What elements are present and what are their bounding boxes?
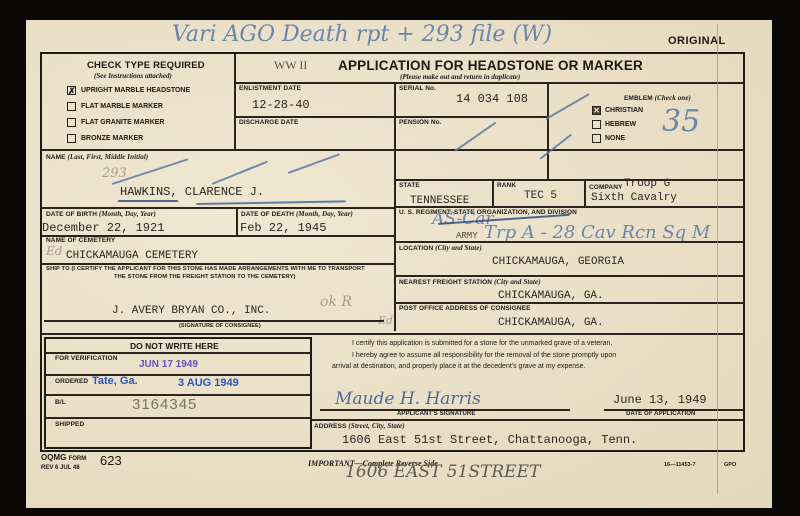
war-stamp: WW II bbox=[274, 58, 307, 73]
address-label: ADDRESS (Street, City, State) bbox=[314, 422, 405, 430]
ship-to-value[interactable]: J. AVERY BRYAN CO., INC. bbox=[112, 305, 270, 317]
divider bbox=[46, 374, 310, 376]
form-title: APPLICATION FOR HEADSTONE OR MARKER bbox=[338, 58, 643, 73]
certification-line-3: arrival at destination, and properly pla… bbox=[332, 363, 585, 370]
divider bbox=[394, 302, 744, 304]
divider bbox=[394, 206, 744, 208]
signature-line bbox=[44, 320, 384, 322]
company-value-line1[interactable]: Troop G bbox=[624, 178, 670, 190]
certification-line-2: I hereby agree to assume all responsibil… bbox=[352, 352, 616, 359]
check-type-subheading: (See Instructions attached) bbox=[94, 72, 172, 80]
company-value-line2[interactable]: Sixth Cavalry bbox=[591, 192, 677, 204]
divider bbox=[236, 207, 238, 235]
serial-no-value[interactable]: 14 034 108 bbox=[456, 92, 528, 106]
checkbox-icon[interactable] bbox=[592, 134, 601, 143]
form-agency: OQMG FORM REV 6 JUL 48 bbox=[41, 454, 86, 472]
name-value[interactable]: HAWKINS, CLARENCE J. bbox=[120, 185, 264, 199]
office-use-heading: DO NOT WRITE HERE bbox=[130, 341, 219, 351]
option-upright-marble-headstone[interactable]: ✗ UPRIGHT MARBLE HEADSTONE bbox=[67, 86, 190, 95]
ordered-place-stamp: Tate, Ga. bbox=[92, 375, 138, 387]
divider bbox=[46, 417, 310, 419]
date-of-death-label: DATE OF DEATH (Month, Day, Year) bbox=[241, 210, 353, 218]
divider bbox=[42, 207, 394, 209]
verification-date-stamp: JUN 17 1949 bbox=[139, 359, 198, 370]
emblem-christian[interactable]: ✕ CHRISTIAN bbox=[592, 106, 643, 115]
application-date-label: DATE OF APPLICATION bbox=[626, 411, 695, 417]
applicant-signature: Maude H. Harris bbox=[335, 389, 481, 409]
handwritten-emblem-code: 35 bbox=[662, 104, 700, 139]
company-label: COMPANY bbox=[589, 184, 622, 191]
certification-line-1: I certify this application is submitted … bbox=[352, 340, 612, 347]
handwritten-footer-address: 1606 EAST 51STREET bbox=[345, 462, 540, 482]
discharge-date-label: DISCHARGE DATE bbox=[239, 119, 298, 126]
application-form: CHECK TYPE REQUIRED (See Instructions at… bbox=[40, 52, 745, 452]
handwritten-ok-mark: ok R bbox=[320, 294, 352, 310]
emblem-hebrew[interactable]: HEBREW bbox=[592, 120, 636, 129]
handwritten-regiment-2: Trp A - 28 Cav Rcn Sq M bbox=[484, 222, 710, 243]
checkbox-icon[interactable] bbox=[67, 118, 76, 127]
bl-label: B/L bbox=[55, 399, 66, 406]
checkbox-icon[interactable] bbox=[67, 134, 76, 143]
checkbox-icon[interactable] bbox=[592, 120, 601, 129]
ship-to-label-line2: THE STONE FROM THE FREIGHT STATION TO TH… bbox=[114, 274, 296, 280]
handwritten-cemetery-mark: Ed bbox=[46, 244, 62, 258]
regiment-value[interactable]: ARMY bbox=[456, 231, 478, 241]
divider bbox=[394, 82, 396, 247]
option-flat-granite-marker[interactable]: FLAT GRANITE MARKER bbox=[67, 118, 164, 127]
form-number: 623 bbox=[100, 453, 122, 468]
divider bbox=[584, 179, 586, 206]
freight-station-value[interactable]: CHICKAMAUGA, GA. bbox=[498, 290, 604, 302]
applicant-address-value[interactable]: 1606 East 51st Street, Chattanooga, Tenn… bbox=[342, 433, 637, 447]
pencil-underline bbox=[118, 200, 178, 202]
application-date-value[interactable]: June 13, 1949 bbox=[613, 393, 707, 407]
divider bbox=[42, 149, 744, 151]
cemetery-value[interactable]: CHICKAMAUGA CEMETERY bbox=[66, 250, 198, 262]
serial-no-label: SERIAL No. bbox=[399, 85, 436, 92]
divider bbox=[394, 275, 744, 277]
divider bbox=[42, 263, 394, 265]
checkbox-checked-icon[interactable]: ✕ bbox=[592, 106, 601, 115]
divider bbox=[46, 352, 310, 354]
option-flat-marble-marker[interactable]: FLAT MARBLE MARKER bbox=[67, 102, 163, 111]
consignee-address-label: POST OFFICE ADDRESS OF CONSIGNEE bbox=[399, 305, 531, 312]
checkbox-icon[interactable] bbox=[67, 102, 76, 111]
divider bbox=[312, 419, 744, 421]
checkbox-checked-icon[interactable]: ✗ bbox=[67, 86, 76, 95]
check-type-heading: CHECK TYPE REQUIRED bbox=[87, 60, 205, 71]
divider bbox=[394, 241, 744, 243]
pension-no-label: PENSION No. bbox=[399, 119, 442, 126]
divider bbox=[394, 241, 396, 331]
divider bbox=[42, 333, 744, 335]
ordered-date-stamp: 3 AUG 1949 bbox=[178, 377, 239, 389]
divider bbox=[234, 116, 547, 118]
location-value[interactable]: CHICKAMAUGA, GEORGIA bbox=[492, 256, 624, 268]
divider bbox=[234, 82, 744, 84]
option-bronze-marker[interactable]: BRONZE MARKER bbox=[67, 134, 143, 143]
bl-value[interactable]: 3164345 bbox=[132, 396, 197, 413]
form-subtitle: (Please make out and return in duplicate… bbox=[400, 73, 520, 81]
emblem-none[interactable]: NONE bbox=[592, 134, 625, 143]
shipped-label: SHIPPED bbox=[55, 421, 84, 428]
office-use-box bbox=[44, 337, 312, 449]
applicant-signature-label: APPLICANT'S SIGNATURE bbox=[397, 411, 475, 417]
for-verification-label: FOR VERIFICATION bbox=[55, 355, 118, 362]
freight-station-label: NEAREST FREIGHT STATION (City and State) bbox=[399, 278, 541, 286]
divider bbox=[394, 179, 744, 181]
consignee-address-value[interactable]: CHICKAMAUGA, GA. bbox=[498, 317, 604, 329]
print-code: 16—11453-7 bbox=[664, 462, 696, 468]
enlistment-date-label: ENLISTMENT DATE bbox=[239, 85, 301, 92]
printer-mark: GPO bbox=[724, 462, 736, 468]
divider bbox=[492, 179, 494, 206]
cemetery-label: NAME OF CEMETERY bbox=[46, 237, 115, 244]
name-label: NAME (Last, First, Middle Initial) bbox=[46, 153, 148, 161]
divider bbox=[547, 82, 549, 179]
date-of-birth-label: DATE OF BIRTH (Month, Day, Year) bbox=[46, 210, 156, 218]
handwritten-note-top: Vari AGO Death rpt + 293 file (W) bbox=[172, 22, 552, 47]
emblem-label: EMBLEM (Check one) bbox=[624, 94, 691, 102]
ship-to-label: SHIP TO (I CERTIFY THE APPLICANT FOR THI… bbox=[46, 266, 365, 272]
blue-pencil-rule bbox=[717, 24, 718, 494]
consignee-signature-label: (SIGNATURE OF CONSIGNEE) bbox=[179, 323, 261, 329]
rank-label: RANK bbox=[497, 182, 516, 189]
date-of-death-value[interactable]: Feb 22, 1945 bbox=[240, 221, 326, 235]
rank-value[interactable]: TEC 5 bbox=[524, 190, 557, 202]
state-label: STATE bbox=[399, 182, 420, 189]
location-label: LOCATION (City and State) bbox=[399, 244, 482, 252]
enlistment-date-value[interactable]: 12-28-40 bbox=[252, 98, 310, 112]
divider bbox=[234, 54, 236, 149]
date-of-birth-value[interactable]: December 22, 1921 bbox=[42, 221, 164, 235]
ordered-label: ORDERED bbox=[55, 378, 88, 385]
